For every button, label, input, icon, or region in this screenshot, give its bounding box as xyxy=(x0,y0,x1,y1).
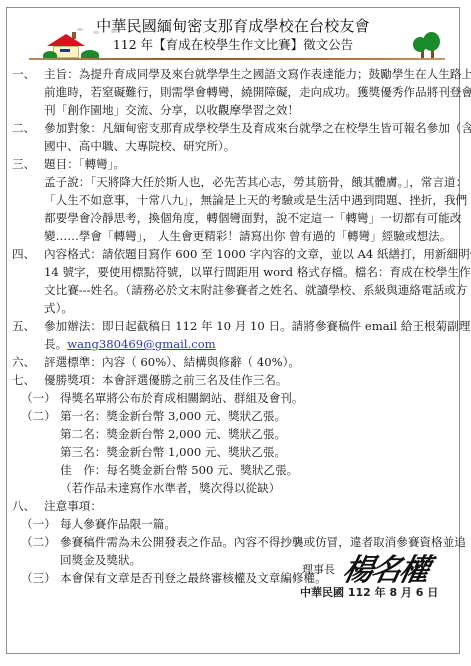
announcement-subtitle: 112 年【育成在校學生作文比賽】徵文公告 xyxy=(7,35,459,53)
text-line: 都要學會冷靜思考，換個角度，轉個彎面對，說不定這一「轉彎」一切都有可能改 xyxy=(44,209,448,227)
section-number: 一、 xyxy=(7,65,44,119)
section-number: 五、 xyxy=(7,317,44,353)
award-item-1: （一） 得獎名單將公布於育成相關網站、群組及會刊。 xyxy=(7,389,459,407)
section-topic: 三、 題目：「轉彎」。 孟子說：「天將降大任於斯人也，必先苦其心志，勞其筋骨，餓… xyxy=(7,155,459,245)
section-awards: 七、 優勝獎項：本會評選優勝之前三名及佳作三名。 xyxy=(7,371,459,389)
item-number: （二） xyxy=(21,533,60,569)
item-number: （三） xyxy=(21,569,60,587)
section-submission: 五、 參加辦法：即日起截稿日 112 年 10 月 10 日。請將參賽稿件 em… xyxy=(7,317,459,353)
issue-date: 中華民國 112 年 8 月 6 日 xyxy=(300,584,438,600)
text-line: 14 號字，要使用標點符號，以單行間距用 word 格式存檔。檔名：育成在校學生… xyxy=(44,263,448,281)
prize-third: 第三名：獎金新台幣 1,000 元、獎狀乙張。 xyxy=(7,443,459,461)
section-number: 六、 xyxy=(7,353,44,371)
text-line: 參加辦法：即日起截稿日 112 年 10 月 10 日。請將參賽稿件 email… xyxy=(44,317,448,335)
section-criteria: 六、 評選標準：內容（ 60%）、結構與修辭（ 40%）。 xyxy=(7,353,459,371)
section-number: 三、 xyxy=(7,155,44,245)
text-line: 第一名：獎金新台幣 3,000 元、獎狀乙張。 xyxy=(60,407,286,425)
text-fragment: 長。 xyxy=(44,337,67,351)
chairman-label: 理事長 xyxy=(302,561,335,577)
text-line: 主旨：為提升育成同學及來台就學學生之國語文寫作表達能力；鼓勵學生在人生路上 xyxy=(44,65,448,83)
text-line: 「人生不如意事，十常八九」，無論是上天的考驗或是生活中遇到問題、挫折，我們 xyxy=(44,191,448,209)
ground-line xyxy=(29,58,445,60)
text-line: 孟子說：「天將降大任於斯人也，必先苦其心志，勞其筋骨，餓其體膚。」，常言道： xyxy=(44,173,448,191)
section-notes: 八、 注意事項： xyxy=(7,497,459,515)
section-title: 注意事項： xyxy=(44,497,448,515)
text-line: 國中、高中職、大專院校、研究所）。 xyxy=(44,137,448,155)
text-line: 變……學會「轉彎」， 人生會更精彩！請寫出你 曾有過的「轉彎」經驗或想法。 xyxy=(44,227,448,245)
text-line: 前進時，若窒礙難行，則需學會轉彎，繞開障礙，走向成功。獲獎優秀作品將刊登會 xyxy=(44,83,448,101)
note-item-1: （一） 每人參賽作品限一篇。 xyxy=(7,515,459,533)
item-number: （一） xyxy=(21,389,60,407)
section-number: 二、 xyxy=(7,119,44,155)
text-line: 內容格式：請依題目寫作 600 至 1000 字內容的文章，並以 A4 紙繕打，… xyxy=(44,245,448,263)
text-line: 式）。 xyxy=(44,299,448,317)
text-line: 刊「創作園地」交流、分享，以收觀摩學習之效！ xyxy=(44,101,448,119)
email-link[interactable]: wang380469@gmail.com xyxy=(67,337,215,351)
text-line: 參加對象：凡緬甸密支那育成學校學生及育成來台就學之在校學生皆可報名參加（含 xyxy=(44,119,448,137)
item-number: （二） xyxy=(21,407,60,425)
text-line: 優勝獎項：本會評選優勝之前三名及佳作三名。 xyxy=(44,371,448,389)
section-number: 四、 xyxy=(7,245,44,317)
organization-title: 中華民國緬甸密支那育成學校在台校友會 xyxy=(7,15,459,36)
item-number: （一） xyxy=(21,515,60,533)
header: 中華民國緬甸密支那育成學校在台校友會 112 年【育成在校學生作文比賽】徵文公告 xyxy=(7,8,459,64)
text-line: 本會保有文章是否刊登之最終審核權及文章編修權。 xyxy=(60,569,327,587)
text-line: 得獎名單將公布於育成相關網站、群組及會刊。 xyxy=(60,389,303,407)
text-line: 題目：「轉彎」。 xyxy=(44,155,448,173)
section-number: 八、 xyxy=(7,497,44,515)
section-number: 七、 xyxy=(7,371,44,389)
handwritten-signature: 楊名權 xyxy=(339,545,432,589)
text-line: 評選標準：內容（ 60%）、結構與修辭（ 40%）。 xyxy=(44,353,448,371)
section-format: 四、 內容格式：請依題目寫作 600 至 1000 字內容的文章，並以 A4 紙… xyxy=(7,245,459,317)
prize-second: 第二名：獎金新台幣 2,000 元、獎狀乙張。 xyxy=(7,425,459,443)
section-purpose: 一、 主旨：為提升育成同學及來台就學學生之國語文寫作表達能力；鼓勵學生在人生路上… xyxy=(7,65,459,119)
award-item-2: （二） 第一名：獎金新台幣 3,000 元、獎狀乙張。 xyxy=(7,407,459,425)
text-line: 文比賽---姓名。（請務必於文末附註參賽者之姓名、就讀學校、系級與連絡電話或方 xyxy=(44,281,448,299)
prize-note: （若作品未達寫作水準者，獎次得以從缺） xyxy=(7,479,459,497)
signature-block: 理事長 楊名權 xyxy=(288,545,448,585)
text-line: 每人參賽作品限一篇。 xyxy=(60,515,176,533)
announcement-body: 一、 主旨：為提升育成同學及來台就學學生之國語文寫作表達能力；鼓勵學生在人生路上… xyxy=(7,65,459,587)
section-eligibility: 二、 參加對象：凡緬甸密支那育成學校學生及育成來台就學之在校學生皆可報名參加（含… xyxy=(7,119,459,155)
prize-honorable: 佳 作：每名獎金新台幣 500 元、獎狀乙張。 xyxy=(7,461,459,479)
